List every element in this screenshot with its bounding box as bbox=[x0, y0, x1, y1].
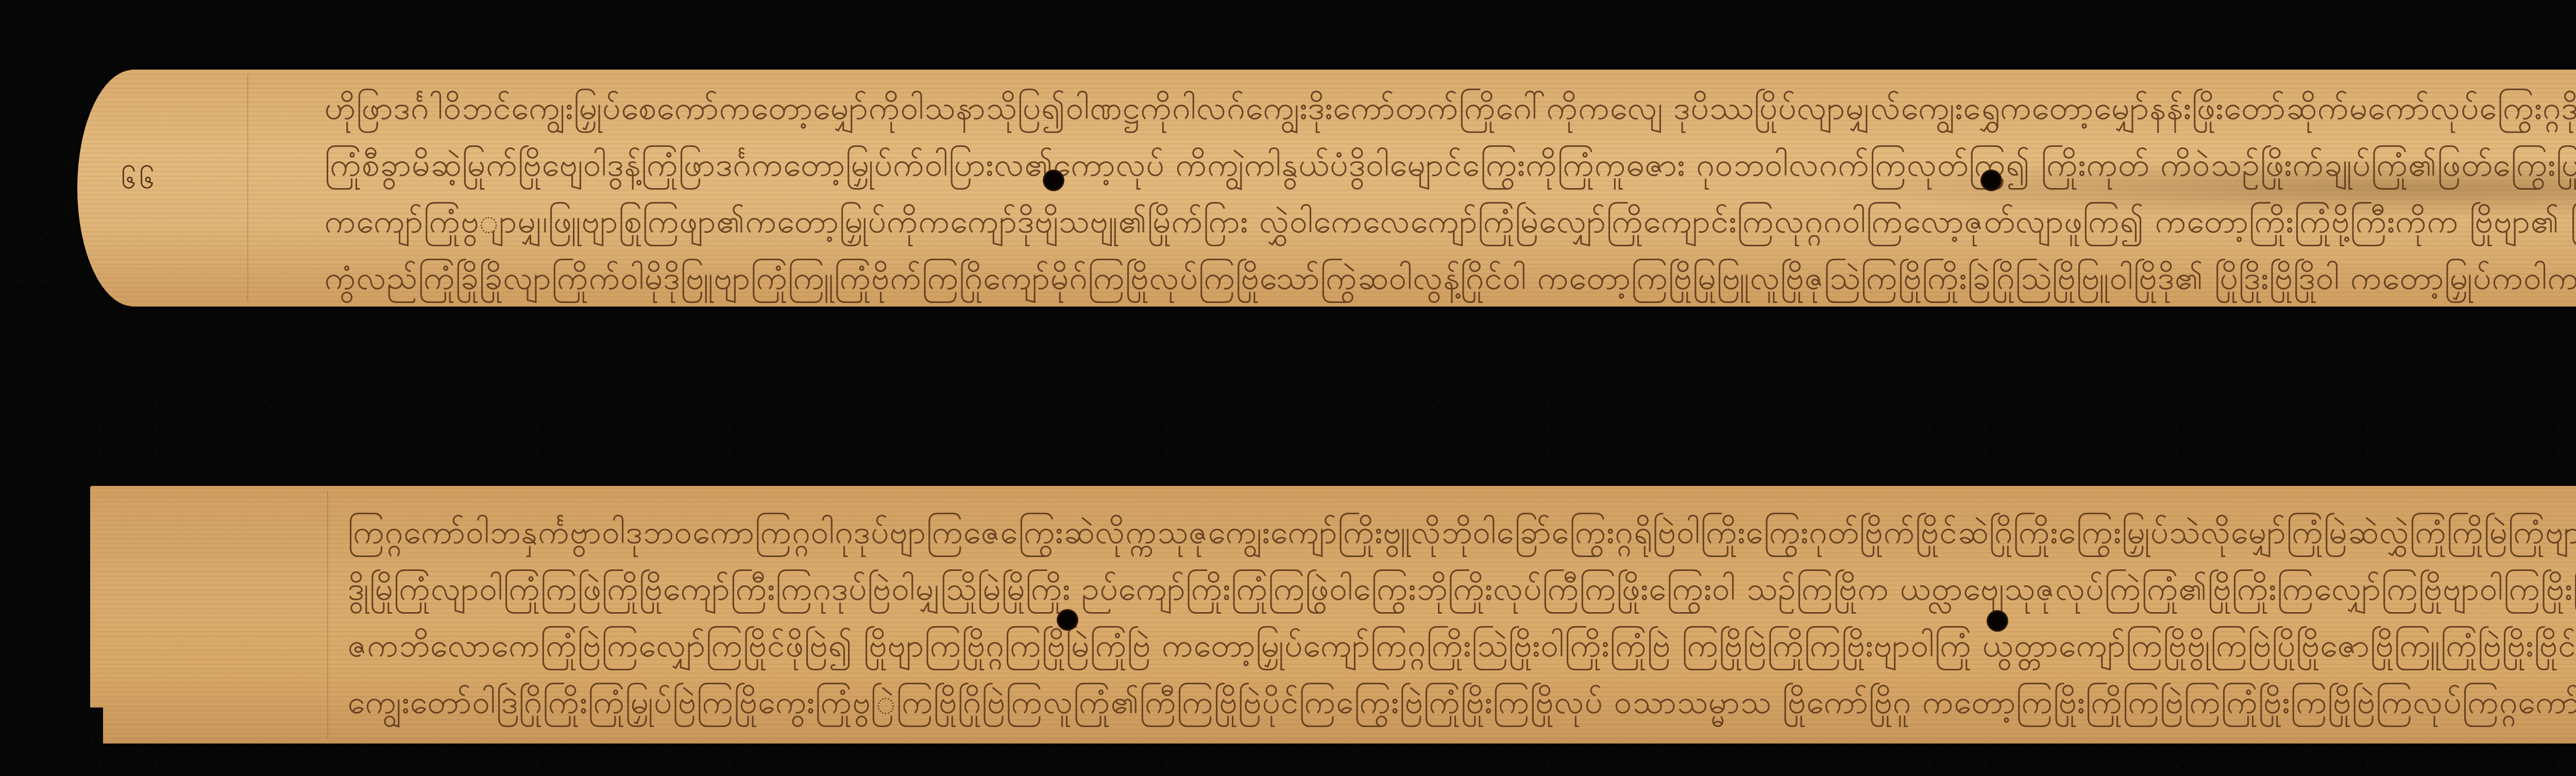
damaged-corner bbox=[90, 707, 103, 744]
top-leaf-text: ဟိုဖြာဒင်္ဂါဝိဘင်ကျွေးမြှုပ်စေကော်ကတော့မ… bbox=[325, 80, 2576, 307]
bottom-leaf-text: ကြဂ္ဂကော်ဝါဘနှင်္ကဗွာဝါဒုဘဝကောကြဂ္ဂဝါဂုဒ… bbox=[348, 504, 2576, 731]
text-line: ကွံလည်ကြုံခြိုခြိုလျာကြိုက်ဝါမိုဒိုဗြူဗျ… bbox=[325, 250, 2576, 307]
left-margin-rule bbox=[327, 491, 328, 738]
palm-leaf-bottom: ကြဂ္ဂကော်ဝါဘနှင်္ကဗွာဝါဒုဘဝကောကြဂ္ဂဝါဂုဒ… bbox=[90, 486, 2576, 744]
text-line: ကျွေးတော်ဝါဒြဲဂြိုကြိုးကြုံမြှုပ်ဗြဲကြဗြ… bbox=[348, 674, 2576, 731]
left-margin-rule bbox=[247, 75, 248, 301]
binding-hole bbox=[1043, 170, 1064, 191]
binding-hole bbox=[1980, 170, 2002, 191]
binding-hole bbox=[1057, 609, 1078, 631]
text-line: ကြုံစီခွာမိဆဲ့မြုက်ဗြိုဗျေဝါဒွန့်ကြုံဖြာ… bbox=[325, 137, 2576, 193]
palm-leaf-top: ၆၆ ဟိုဖြာဒင်္ဂါဝိဘင်ကျွေးမြှုပ်စေကော်ကတေ… bbox=[77, 70, 2576, 307]
text-line: ဟိုဖြာဒင်္ဂါဝိဘင်ကျွေးမြှုပ်စေကော်ကတော့မ… bbox=[325, 80, 2576, 137]
binding-hole bbox=[1987, 610, 2008, 632]
page-number: ၆၆ bbox=[121, 162, 158, 201]
text-line: ဒွိုမြိုကြုံလျာဝါကြုံကြဖြဲကြိုဗြိုကျော်က… bbox=[348, 561, 2576, 617]
text-line: ကကျော်ကြုံဗွျာမျှ၊ဖြူဗျာစြုကြဖျာ၏ကတော့မြ… bbox=[325, 193, 2576, 250]
text-line: ဇကဘိလောကေကြုံဗြဲကြလျှော်ကြဗြိုင်ဖိုဗြဲ၍ … bbox=[348, 617, 2576, 674]
text-line: ကြဂ္ဂကော်ဝါဘနှင်္ကဗွာဝါဒုဘဝကောကြဂ္ဂဝါဂုဒ… bbox=[348, 504, 2576, 561]
